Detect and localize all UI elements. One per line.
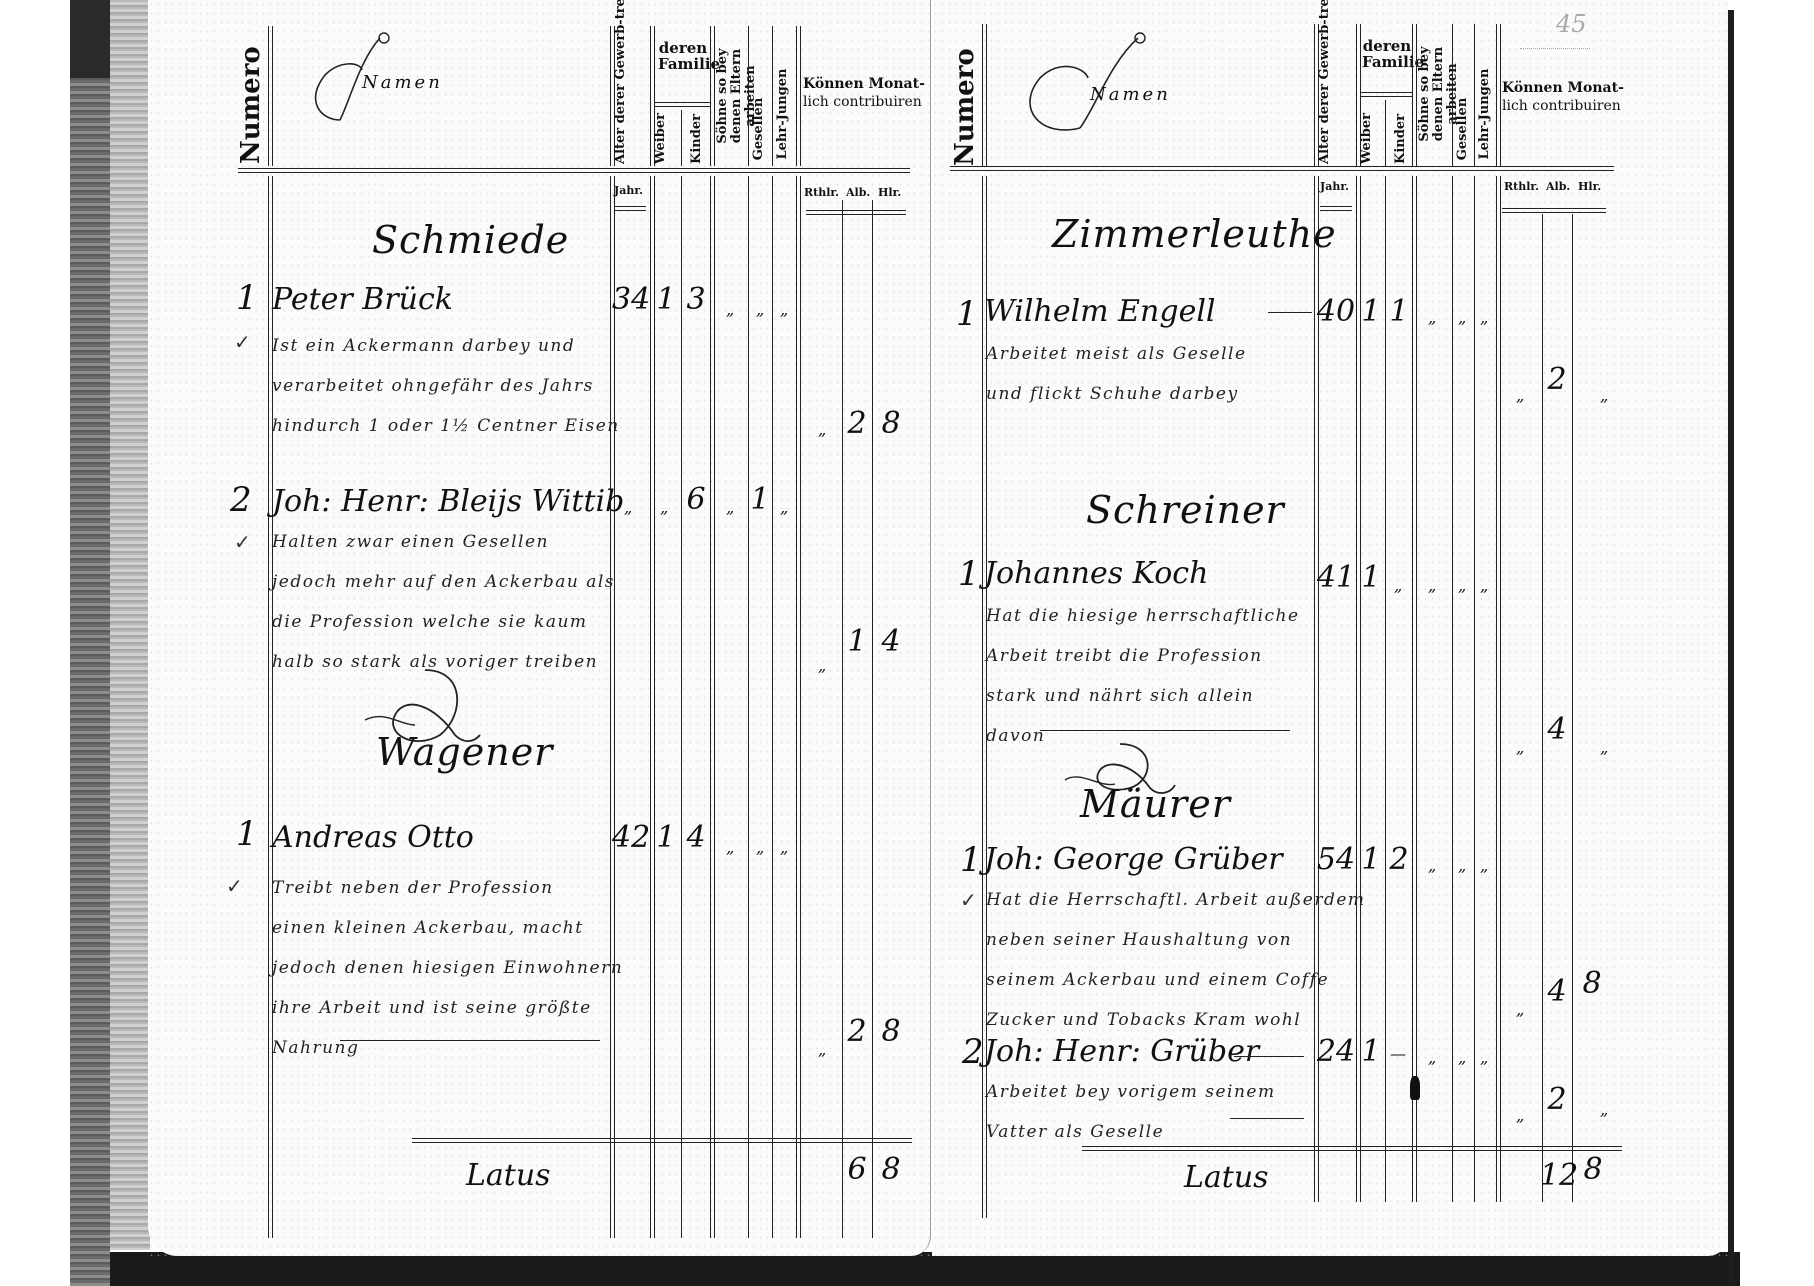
journeymen-value: „ bbox=[1458, 308, 1466, 327]
entry-name: Johannes Koch bbox=[984, 556, 1208, 591]
wives-value: 1 bbox=[1358, 294, 1384, 329]
wives-value: 1 bbox=[1358, 1034, 1384, 1069]
entry-name: Joh: Henr: Bleijs Wittib bbox=[272, 484, 624, 519]
age-value: 24 bbox=[1316, 1034, 1356, 1069]
bottom-shadow bbox=[110, 1252, 1740, 1286]
children-value: 4 bbox=[683, 820, 709, 855]
age-value: 40 bbox=[1316, 294, 1356, 329]
col-line bbox=[610, 176, 615, 1238]
numero-header-right: Numero bbox=[950, 48, 980, 166]
entry-description-line: jedoch mehr auf den Ackerbau als bbox=[272, 562, 615, 602]
col-line bbox=[796, 176, 801, 1238]
children-value: 3 bbox=[683, 282, 709, 317]
col-divider bbox=[681, 110, 682, 166]
header-rule-left bbox=[238, 168, 910, 173]
apprentices-header-right: Lehr-Jungen bbox=[1478, 64, 1492, 164]
sons-value: „ bbox=[1428, 576, 1436, 595]
wives-value: 1 bbox=[652, 820, 680, 855]
entry-name: Wilhelm Engell bbox=[984, 294, 1216, 329]
journeymen-value: „ bbox=[756, 838, 764, 857]
journeymen-header-right: Gesellen bbox=[1456, 94, 1470, 164]
wives-header-left: Weiber bbox=[654, 114, 668, 164]
sons-value: „ bbox=[1428, 1048, 1436, 1067]
unit-alb-left: Alb. bbox=[846, 186, 870, 199]
rthlr-value: „ bbox=[1516, 1106, 1524, 1125]
col-line bbox=[872, 200, 873, 1238]
journeymen-header-left: Gesellen bbox=[752, 94, 766, 164]
fill-line bbox=[340, 1040, 600, 1041]
col-divider bbox=[1452, 24, 1453, 166]
apprentices-value: „ bbox=[1480, 856, 1488, 875]
alb-value: 2 bbox=[1542, 362, 1572, 397]
contribution-header-left-1: Können Monat- bbox=[803, 76, 925, 92]
alb-value: 4 bbox=[1542, 712, 1572, 747]
contribution-header-left-2: lich contribuiren bbox=[803, 94, 922, 110]
section-heading: Schreiner bbox=[1086, 488, 1285, 532]
book-binding bbox=[70, 0, 110, 1286]
age-value: 41 bbox=[1316, 560, 1356, 595]
col-line bbox=[1474, 176, 1475, 1202]
entry-description-line: neben seiner Haushaltung von bbox=[986, 920, 1292, 960]
age-column-header-right: Alter derer Gewerb-treibenden bbox=[1318, 24, 1332, 164]
entry-description-line: ihre Arbeit und ist seine größte bbox=[272, 988, 592, 1028]
unit-underline bbox=[1502, 208, 1606, 213]
entry-number: 1 bbox=[960, 840, 982, 880]
journeymen-value: 1 bbox=[748, 482, 772, 517]
fill-line bbox=[1230, 1118, 1304, 1119]
sons-value: „ bbox=[1428, 856, 1436, 875]
unit-rthlr-right: Rthlr. bbox=[1504, 180, 1539, 193]
hlr-value: 4 bbox=[874, 624, 908, 659]
entry-description-line: jedoch denen hiesigen Einwohnern bbox=[272, 948, 623, 988]
age-value: 42 bbox=[612, 820, 650, 855]
entry-name: Joh: Henr: Grüber bbox=[984, 1034, 1259, 1069]
sons-header-left: Söhne so bey denen Eltern arbeiten bbox=[716, 28, 746, 164]
col-line bbox=[1385, 176, 1386, 1202]
name-column-header-left: Namen bbox=[362, 72, 443, 93]
apprentices-header-left: Lehr-Jungen bbox=[776, 64, 790, 164]
sons-value: „ bbox=[726, 498, 734, 517]
children-header-left: Kinder bbox=[690, 114, 704, 164]
col-line bbox=[842, 200, 843, 1238]
entry-number: 2 bbox=[230, 480, 252, 520]
rthlr-value: „ bbox=[1516, 738, 1524, 757]
hlr-value: „ bbox=[1600, 1100, 1608, 1119]
entry-description-line: stark und nährt sich allein bbox=[986, 676, 1254, 716]
col-divider bbox=[1474, 24, 1475, 166]
entry-description-line: Treibt neben der Profession bbox=[272, 868, 554, 908]
apprentices-value: „ bbox=[780, 838, 788, 857]
sons-value: „ bbox=[726, 300, 734, 319]
alb-value: 2 bbox=[1542, 1082, 1572, 1117]
checkmark-icon: ✓ bbox=[234, 330, 251, 354]
col-line bbox=[1412, 176, 1417, 1202]
entry-number: 1 bbox=[236, 814, 258, 854]
children-value: 2 bbox=[1386, 842, 1412, 877]
col-line bbox=[650, 176, 655, 1238]
unit-alb-right: Alb. bbox=[1546, 180, 1570, 193]
entry-name: Joh: George Grüber bbox=[984, 842, 1283, 877]
alb-value: 2 bbox=[842, 1014, 872, 1049]
children-value: 6 bbox=[683, 482, 709, 517]
checkmark-icon: ✓ bbox=[234, 530, 251, 554]
page-number: 45 bbox=[1556, 10, 1587, 38]
wives-value: „ bbox=[660, 498, 668, 517]
section-heading: Schmiede bbox=[372, 218, 569, 262]
hlr-value: 8 bbox=[874, 1014, 908, 1049]
entry-description-line: Hat die Herrschaftl. Arbeit außerdem bbox=[986, 880, 1366, 920]
contribution-header-right-2: lich contribuiren bbox=[1502, 98, 1621, 114]
section-heading: Mäurer bbox=[1080, 782, 1231, 826]
entry-description-line: die Profession welche sie kaum bbox=[272, 602, 588, 642]
contribution-header-right-1: Können Monat- bbox=[1502, 80, 1624, 96]
numero-header-left: Numero bbox=[236, 46, 266, 164]
hlr-value: 8 bbox=[1574, 966, 1610, 1001]
sons-header-right: Söhne so bey denen Eltern arbeiten bbox=[1418, 24, 1448, 164]
col-divider bbox=[1385, 100, 1386, 166]
ink-blot bbox=[1410, 1076, 1420, 1100]
section-heading: Zimmerleuthe bbox=[1052, 212, 1337, 256]
fill-line bbox=[1234, 1056, 1304, 1057]
entry-number: 1 bbox=[236, 278, 258, 318]
entry-description-line: seinem Ackerbau und einem Coffe bbox=[986, 960, 1329, 1000]
age-value: 34 bbox=[612, 282, 650, 317]
total-alb-left: 6 bbox=[842, 1152, 872, 1187]
total-rule-left bbox=[412, 1138, 912, 1143]
entry-description-line: Arbeitet bey vorigem seinem bbox=[986, 1072, 1276, 1112]
alb-value: 4 bbox=[1542, 974, 1572, 1009]
col-divider bbox=[796, 26, 801, 166]
entry-name: Andreas Otto bbox=[272, 820, 474, 855]
hlr-value: „ bbox=[1600, 386, 1608, 405]
journeymen-value: „ bbox=[756, 300, 764, 319]
col-divider bbox=[748, 26, 749, 166]
header-divider bbox=[268, 26, 273, 166]
entry-description-line: davon bbox=[986, 716, 1045, 756]
namen-flourish bbox=[1000, 28, 1150, 138]
checkmark-icon: ✓ bbox=[226, 874, 243, 898]
right-page-edge bbox=[1728, 10, 1734, 1286]
sons-value: „ bbox=[1428, 308, 1436, 327]
children-value: — bbox=[1390, 1044, 1406, 1063]
family-group-header-right: deren Familie bbox=[1362, 38, 1412, 70]
entry-number: 1 bbox=[956, 294, 978, 334]
journeymen-value: „ bbox=[1458, 856, 1466, 875]
apprentices-value: „ bbox=[780, 498, 788, 517]
section-heading: Wagener bbox=[376, 730, 553, 774]
header-divider bbox=[982, 24, 987, 166]
unit-underline bbox=[614, 206, 646, 211]
apprentices-value: „ bbox=[1480, 308, 1488, 327]
children-value: „ bbox=[1394, 576, 1402, 595]
alb-value: 1 bbox=[842, 624, 872, 659]
age-value: „ bbox=[624, 498, 632, 517]
entry-description-line: Ist ein Ackermann darbey und bbox=[272, 326, 575, 366]
journeymen-value: „ bbox=[1458, 576, 1466, 595]
entry-description-line: Arbeit treibt die Profession bbox=[986, 636, 1263, 676]
rthlr-value: „ bbox=[818, 656, 826, 675]
age-column-header-left: Alter derer Gewerb-treibenden bbox=[614, 28, 628, 164]
children-value: 1 bbox=[1386, 294, 1412, 329]
unit-hlr-right: Hlr. bbox=[1578, 180, 1601, 193]
col-line bbox=[710, 176, 715, 1238]
col-line bbox=[1496, 176, 1501, 1202]
wives-value: 1 bbox=[1358, 842, 1384, 877]
col-divider bbox=[772, 26, 773, 166]
binding-dark-corner bbox=[70, 0, 110, 78]
children-header-right: Kinder bbox=[1394, 114, 1408, 164]
total-label-right: Latus bbox=[1184, 1160, 1269, 1195]
apprentices-value: „ bbox=[1480, 1048, 1488, 1067]
total-rule-right bbox=[1082, 1146, 1622, 1151]
alb-value: 2 bbox=[842, 406, 872, 441]
col-line bbox=[681, 176, 682, 1238]
entry-number: 2 bbox=[962, 1032, 984, 1072]
rthlr-value: „ bbox=[1516, 1000, 1524, 1019]
fill-line bbox=[1268, 312, 1312, 313]
entry-description-line: Halten zwar einen Gesellen bbox=[272, 522, 549, 562]
page-stack-edge bbox=[110, 0, 150, 1250]
age-value: 54 bbox=[1316, 842, 1356, 877]
rthlr-value: „ bbox=[1516, 386, 1524, 405]
unit-years-left: Jahr. bbox=[614, 184, 643, 197]
col-line bbox=[748, 176, 749, 1238]
wives-value: 1 bbox=[1358, 560, 1384, 595]
wives-value: 1 bbox=[652, 282, 680, 317]
col-line bbox=[772, 176, 773, 1238]
fill-line bbox=[1040, 730, 1290, 731]
entry-description-line: und flickt Schuhe darbey bbox=[986, 374, 1239, 414]
header-rule-right bbox=[950, 166, 1614, 171]
entry-description-line: Arbeitet meist als Geselle bbox=[986, 334, 1247, 374]
rthlr-value: „ bbox=[818, 420, 826, 439]
unit-hlr-left: Hlr. bbox=[878, 186, 901, 199]
journeymen-value: „ bbox=[1458, 1048, 1466, 1067]
entry-name: Peter Brück bbox=[272, 282, 453, 317]
hlr-value: „ bbox=[1600, 738, 1608, 757]
name-column-header-right: Namen bbox=[1090, 84, 1171, 105]
apprentices-value: „ bbox=[780, 300, 788, 319]
apprentices-value: „ bbox=[1480, 576, 1488, 595]
total-hlr-left: 8 bbox=[874, 1152, 908, 1187]
entry-description-line: einen kleinen Ackerbau, macht bbox=[272, 908, 584, 948]
entry-description-line: Hat die hiesige herrschaftliche bbox=[986, 596, 1300, 636]
unit-rthlr-left: Rthlr. bbox=[804, 186, 839, 199]
family-group-header-left: deren Familie bbox=[658, 40, 708, 72]
col-divider bbox=[1496, 24, 1501, 166]
unit-underline bbox=[1320, 206, 1352, 211]
unit-years-right: Jahr. bbox=[1320, 180, 1349, 193]
col-line bbox=[1452, 176, 1453, 1202]
hlr-value: 8 bbox=[874, 406, 908, 441]
checkmark-icon: ✓ bbox=[960, 888, 977, 912]
family-underline bbox=[1360, 92, 1412, 97]
col-line bbox=[1572, 214, 1573, 1202]
total-label-left: Latus bbox=[466, 1158, 551, 1193]
unit-underline bbox=[806, 210, 906, 215]
sons-value: „ bbox=[726, 838, 734, 857]
family-underline bbox=[655, 102, 710, 107]
entry-number: 1 bbox=[958, 554, 980, 594]
entry-description-line: hindurch 1 oder 1½ Centner Eisen bbox=[272, 406, 620, 446]
total-hlr-right: 8 bbox=[1576, 1152, 1610, 1187]
rthlr-value: „ bbox=[818, 1040, 826, 1059]
total-alb-right: 12 bbox=[1540, 1158, 1574, 1193]
page-number-underline bbox=[1520, 48, 1590, 49]
entry-description-line: verarbeitet ohngefähr des Jahrs bbox=[272, 366, 594, 406]
wives-header-right: Weiber bbox=[1360, 114, 1374, 164]
entry-description-line: Nahrung bbox=[272, 1028, 359, 1068]
